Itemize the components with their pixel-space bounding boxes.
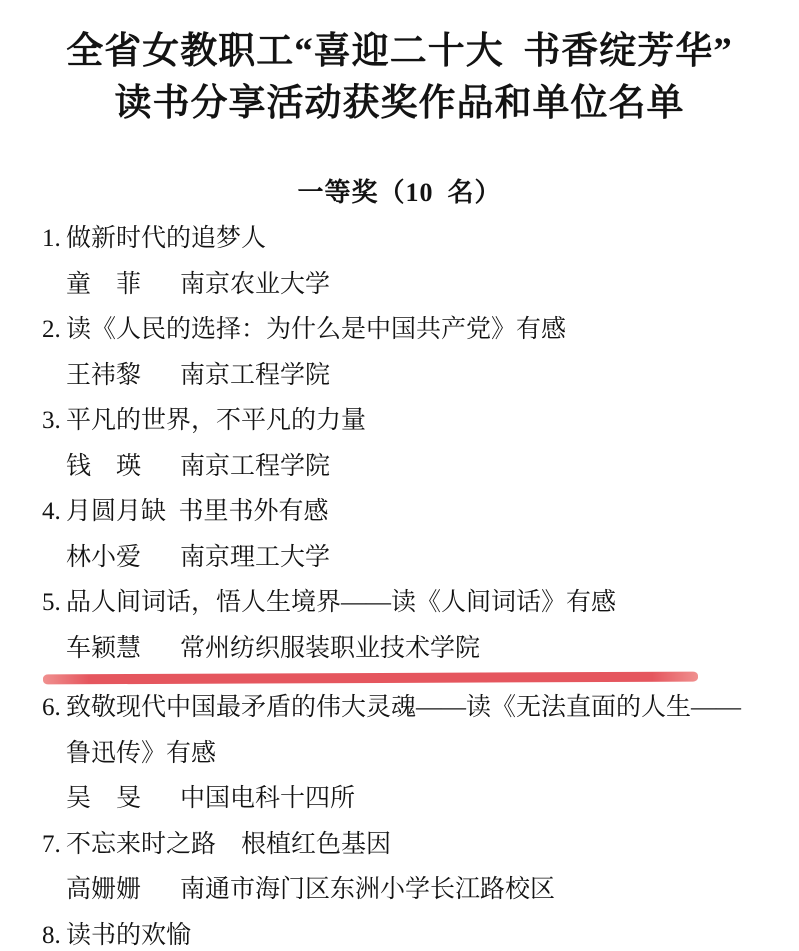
entry-title-line: 5.品人间词话，悟人生境界——读《人间词话》有感 (42, 580, 744, 626)
winner-unit: 南京理工大学 (180, 544, 330, 571)
entry-title-line: 2.读《人民的选择：为什么是中国共产党》有感 (42, 307, 744, 353)
winner-unit: 南京工程学院 (180, 362, 330, 389)
winner-name: 车颖慧 (66, 626, 180, 672)
entry-row: 5.品人间词话，悟人生境界——读《人间词话》有感 车颖慧常州纺织服装职业技术学院 (42, 580, 744, 683)
winner-unit: 南通市海门区东洲小学长江路校区 (180, 876, 555, 903)
entry-number: 8. (42, 913, 66, 951)
entry-winner-line: 童 菲南京农业大学 (42, 262, 744, 308)
document-title-line1: 全省女教职工“喜迎二十大 书香绽芳华” (66, 31, 733, 72)
document-page: 全省女教职工“喜迎二十大 书香绽芳华” 读书分享活动获奖作品和单位名单 一等奖（… (0, 0, 799, 951)
entry-winner-line: 钱 瑛南京工程学院 (42, 444, 744, 490)
winner-name: 王祎黎 (66, 353, 180, 399)
winner-unit: 中国电科十四所 (180, 785, 355, 812)
entry-number: 4. (42, 489, 66, 535)
entry-title-line: 3.平凡的世界，不平凡的力量 (42, 398, 744, 444)
entry-title: 品人间词话，悟人生境界——读《人间词话》有感 (66, 589, 616, 616)
entry-row: 2.读《人民的选择：为什么是中国共产党》有感 王祎黎南京工程学院 (42, 307, 744, 398)
document-header: 全省女教职工“喜迎二十大 书香绽芳华” 读书分享活动获奖作品和单位名单 (0, 0, 799, 130)
entry-row: 3.平凡的世界，不平凡的力量 钱 瑛南京工程学院 (42, 398, 744, 489)
entry-title-line: 1.做新时代的追梦人 (42, 216, 744, 262)
document-title-line2: 读书分享活动获奖作品和单位名单 (115, 83, 685, 124)
entry-title: 致敬现代中国最矛盾的伟大灵魂——读《无法直面的人生——鲁迅传》有感 (66, 694, 741, 767)
entry-winner-line: 王祎黎南京工程学院 (42, 353, 744, 399)
entry-winner-line: 林小爱南京理工大学 (42, 535, 744, 581)
entry-title-line: 8.读书的欢愉 (42, 913, 744, 951)
entry-title: 读《人民的选择：为什么是中国共产党》有感 (66, 316, 566, 343)
entry-winner-line: 车颖慧常州纺织服装职业技术学院 (42, 626, 744, 672)
winner-unit: 常州纺织服装职业技术学院 (180, 635, 480, 662)
winner-unit: 南京工程学院 (180, 453, 330, 480)
entry-title: 读书的欢愉 (66, 922, 191, 949)
entry-number: 2. (42, 307, 66, 353)
entry-title: 平凡的世界，不平凡的力量 (66, 407, 366, 434)
entry-row: 8.读书的欢愉 (42, 913, 744, 951)
winner-name: 高姗姗 (66, 867, 180, 913)
winner-name: 童 菲 (66, 262, 180, 308)
entry-number: 1. (42, 216, 66, 262)
entries-list: 1.做新时代的追梦人 童 菲南京农业大学 2.读《人民的选择：为什么是中国共产党… (0, 216, 799, 951)
section-heading-first-prize: 一等奖（10 名） (0, 176, 799, 210)
winner-unit: 南京农业大学 (180, 271, 330, 298)
entry-title: 做新时代的追梦人 (66, 225, 266, 252)
entry-number: 6. (42, 685, 66, 731)
entry-row: 7.不忘来时之路 根植红色基因 高姗姗南通市海门区东洲小学长江路校区 (42, 822, 744, 913)
entry-title: 月圆月缺 书里书外有感 (66, 498, 329, 525)
winner-name: 钱 瑛 (66, 444, 180, 490)
entry-title-line: 7.不忘来时之路 根植红色基因 (42, 822, 744, 868)
entry-row: 4.月圆月缺 书里书外有感 林小爱南京理工大学 (42, 489, 744, 580)
entry-row: 6.致敬现代中国最矛盾的伟大灵魂——读《无法直面的人生——鲁迅传》有感 吴 旻中… (42, 685, 744, 822)
highlight-underline (43, 672, 698, 685)
entry-number: 7. (42, 822, 66, 868)
entry-title: 不忘来时之路 根植红色基因 (66, 831, 391, 858)
entry-row: 1.做新时代的追梦人 童 菲南京农业大学 (42, 216, 744, 307)
entry-title-line: 4.月圆月缺 书里书外有感 (42, 489, 744, 535)
winner-name: 林小爱 (66, 535, 180, 581)
winner-name: 吴 旻 (66, 776, 180, 822)
entry-winner-line: 高姗姗南通市海门区东洲小学长江路校区 (42, 867, 744, 913)
entry-winner-line: 吴 旻中国电科十四所 (42, 776, 744, 822)
entry-number: 5. (42, 580, 66, 626)
entry-number: 3. (42, 398, 66, 444)
entry-title-line: 6.致敬现代中国最矛盾的伟大灵魂——读《无法直面的人生——鲁迅传》有感 (42, 685, 744, 776)
document-title: 全省女教职工“喜迎二十大 书香绽芳华” 读书分享活动获奖作品和单位名单 (0, 26, 799, 130)
